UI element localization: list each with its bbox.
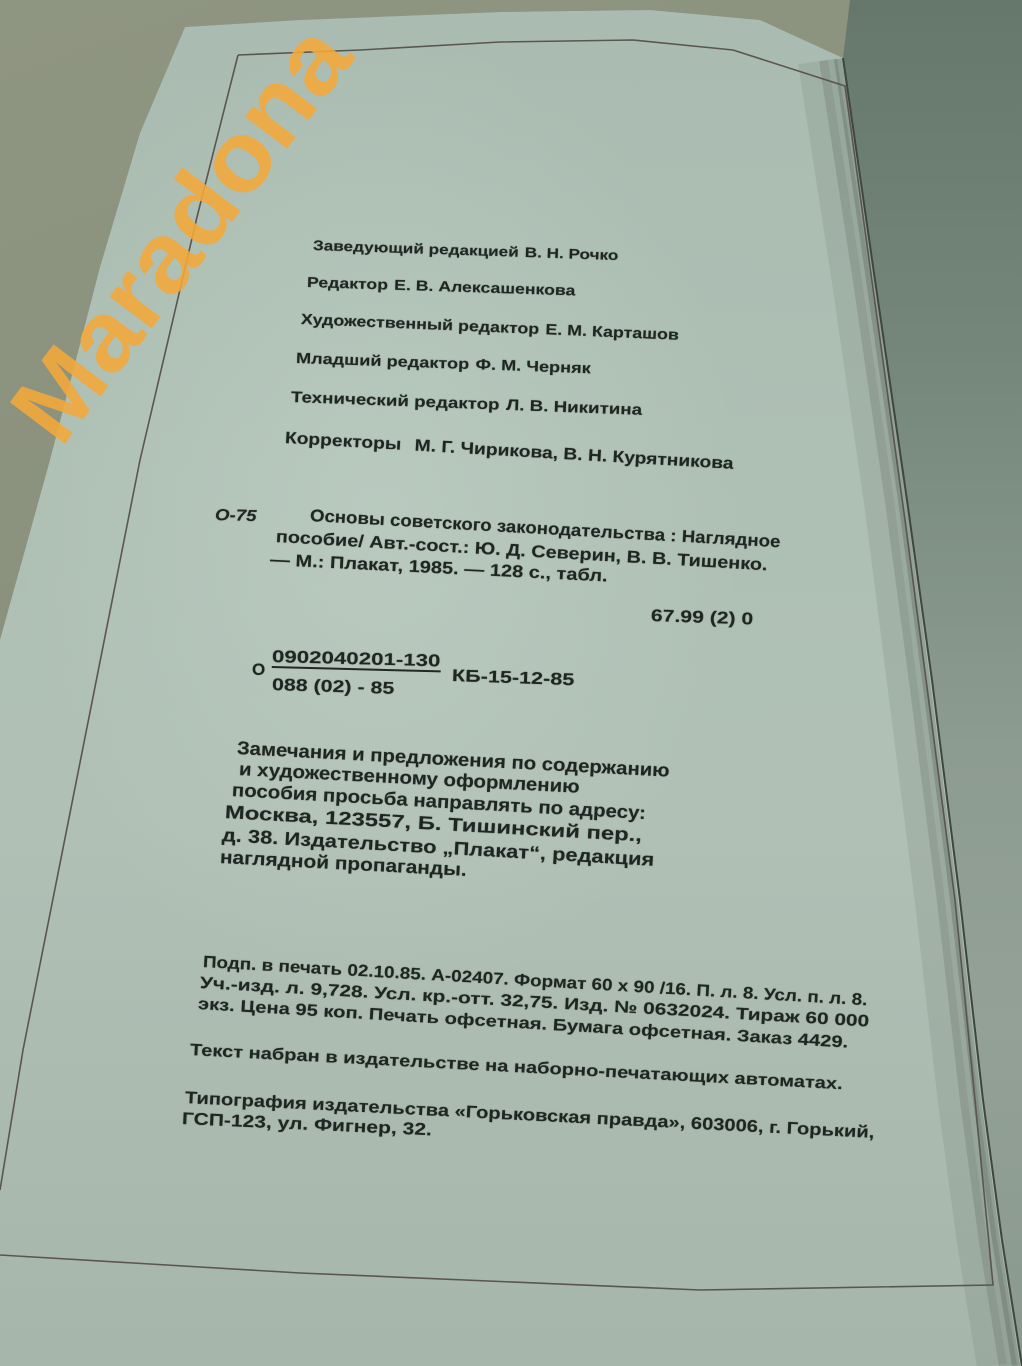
- credit-role: Редактор: [307, 275, 389, 294]
- credit-name: В. Н. Рочко: [525, 244, 619, 263]
- fold-shadow: [828, 60, 1008, 1366]
- fold-shadow: [813, 62, 992, 1366]
- code-denominator: 088 (02) - 85: [272, 676, 395, 697]
- code-letter: О: [252, 661, 265, 678]
- catalog-index: О-75: [215, 508, 257, 525]
- kb-code: КБ-15-12-85: [452, 667, 575, 688]
- bbk-code: 67.99 (2) 0: [651, 607, 754, 628]
- fold-shadow: [838, 59, 1016, 1366]
